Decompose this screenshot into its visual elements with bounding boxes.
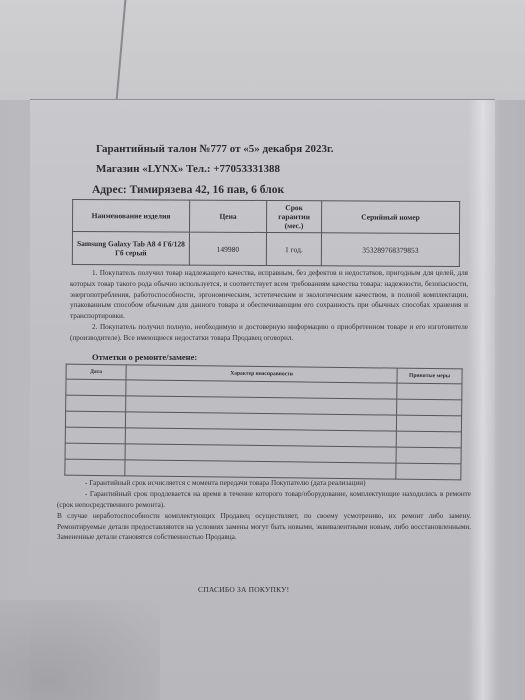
- repair-date-cell: [65, 459, 125, 476]
- repair-measures-cell: [396, 415, 461, 432]
- clause-2: 2. Покупатель получил полную, необходиму…: [70, 322, 468, 344]
- col-measures: Принятые меры: [397, 368, 462, 384]
- repair-date-cell: [66, 395, 126, 412]
- repair-date-cell: [66, 379, 126, 396]
- repair-date-cell: [65, 411, 125, 428]
- paper-fold-highlight: [468, 100, 498, 700]
- repair-table: Дата Характер неисправности Принятые мер…: [64, 364, 462, 481]
- note-warranty-extension: - Гарантийный срок продлевается на время…: [57, 489, 471, 510]
- repair-date-cell: [65, 443, 125, 460]
- thank-you-message: СПАСИБО ЗА ПОКУПКУ!: [198, 585, 289, 594]
- product-table-header: Наименование изделия Цена Срок гарантии …: [73, 199, 460, 233]
- product-serial: 353289768379853: [321, 233, 459, 267]
- col-price: Цена: [190, 200, 267, 232]
- clause-1: 1. Покупатель получил товар надлежащего …: [70, 268, 468, 322]
- col-name: Наименование изделия: [73, 199, 190, 232]
- col-warranty: Срок гарантии (мес.): [267, 201, 322, 233]
- product-warranty: 1 год.: [266, 233, 321, 266]
- product-name: Samsung Galaxy Tab A8 4 Гб/128 Гб серый: [72, 231, 189, 265]
- document-title: Гарантийный талон №777 от «5» декабря 20…: [96, 143, 333, 155]
- table-row: Samsung Galaxy Tab A8 4 Гб/128 Гб серый …: [72, 231, 459, 266]
- shop-info: Магазин «LYNX» Тел.: +77053331388: [96, 163, 280, 175]
- hand-shadow: [0, 600, 160, 700]
- note-component-repair: В случае неработоспособности комплектующ…: [57, 511, 471, 543]
- product-table: Наименование изделия Цена Срок гарантии …: [72, 199, 460, 267]
- note-warranty-start: - Гарантийный срок исчисляется с момента…: [57, 478, 471, 489]
- repair-section-title: Отметки о ремонте/замене:: [92, 352, 197, 362]
- product-price: 149980: [189, 232, 266, 265]
- repair-measures-cell: [396, 447, 461, 464]
- shop-address: Адрес: Тимирязева 42, 16 пав, 6 блок: [92, 184, 284, 196]
- repair-measures-cell: [396, 431, 461, 448]
- repair-fault-cell: [125, 460, 396, 479]
- col-serial: Серийный номер: [322, 201, 460, 234]
- col-date: Дата: [66, 364, 126, 380]
- background-wall: [0, 0, 525, 100]
- repair-measures-cell: [397, 399, 462, 416]
- repair-measures-cell: [397, 383, 462, 400]
- repair-date-cell: [65, 427, 125, 444]
